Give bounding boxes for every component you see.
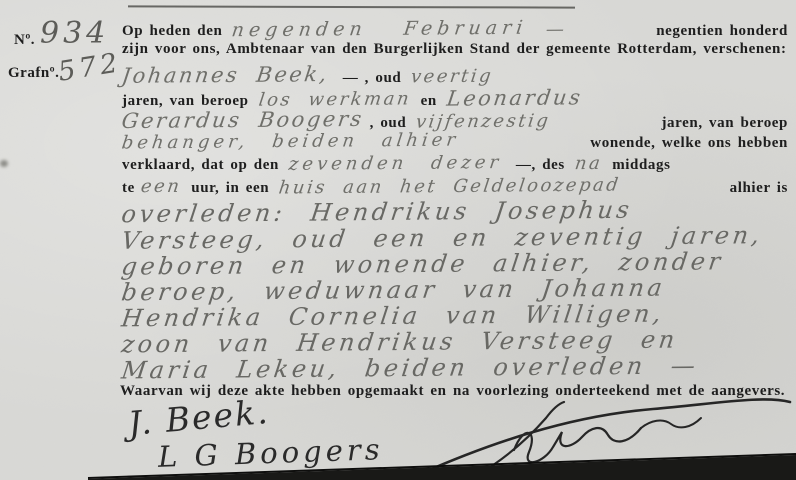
scan-edge-shadow (0, 0, 796, 480)
death-certificate-scan: Nº. 934 Grafnº. 572 Op heden den negende… (0, 0, 796, 480)
